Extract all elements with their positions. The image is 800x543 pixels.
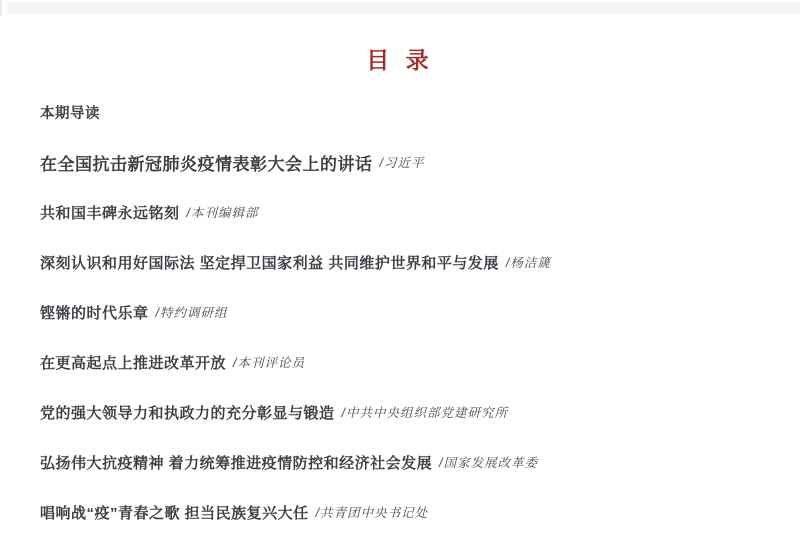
toc-item[interactable]: 在更高起点上推进改革开放 /本刊评论员 <box>40 337 770 387</box>
toc-item-title[interactable]: 在全国抗击新冠肺炎疫情表彰大会上的讲话 <box>40 150 373 175</box>
toc-list: 本期导读 在全国抗击新冠肺炎疫情表彰大会上的讲话 /习近平 共和国丰碑永远铭刻 … <box>0 87 800 537</box>
toc-item-author: /习近平 <box>380 153 425 171</box>
toc-item[interactable]: 共和国丰碑永远铭刻 /本刊编辑部 <box>40 187 770 237</box>
toc-item[interactable]: 深刻认识和用好国际法 坚定捍卫国家利益 共同维护世界和平与发展 /杨洁篪 <box>40 237 770 287</box>
toc-item[interactable]: 在全国抗击新冠肺炎疫情表彰大会上的讲话 /习近平 <box>40 137 770 187</box>
toc-item-title[interactable]: 唱响战“疫”青春之歌 担当民族复兴大任 <box>40 502 309 523</box>
toc-item[interactable]: 党的强大领导力和执政力的充分彰显与锻造 /中共中央组织部党建研究所 <box>40 387 770 437</box>
toc-item[interactable]: 弘扬伟大抗疫精神 着力统筹推进疫情防控和经济社会发展 /国家发展改革委 <box>40 437 770 487</box>
toc-item[interactable]: 唱响战“疫”青春之歌 担当民族复兴大任 /共青团中央书记处 <box>40 487 770 537</box>
toc-item-author: /特约调研组 <box>156 303 228 321</box>
toc-item-title[interactable]: 党的强大领导力和执政力的充分彰显与锻造 <box>40 402 335 423</box>
toc-page: 目 录 本期导读 在全国抗击新冠肺炎疫情表彰大会上的讲话 /习近平 共和国丰碑永… <box>0 0 800 543</box>
toc-item-title[interactable]: 共和国丰碑永远铭刻 <box>40 202 180 223</box>
toc-item[interactable]: 铿锵的时代乐章 /特约调研组 <box>40 287 770 337</box>
toc-item-author: /本刊评论员 <box>233 353 305 371</box>
toc-item-author: /共青团中央书记处 <box>316 503 428 521</box>
toc-item-author: /国家发展改革委 <box>439 453 538 471</box>
toc-item-author: /杨洁篪 <box>506 253 551 271</box>
top-edge-decoration <box>0 0 2 16</box>
toc-item-author: /本刊编辑部 <box>187 203 259 221</box>
page-title: 目 录 <box>0 42 800 75</box>
toc-item-title[interactable]: 深刻认识和用好国际法 坚定捍卫国家利益 共同维护世界和平与发展 <box>40 252 499 273</box>
toc-item-title[interactable]: 弘扬伟大抗疫精神 着力统筹推进疫情防控和经济社会发展 <box>40 452 432 473</box>
toc-item-title[interactable]: 在更高起点上推进改革开放 <box>40 352 226 373</box>
toc-item-title[interactable]: 铿锵的时代乐章 <box>40 302 149 323</box>
toc-item-author: /中共中央组织部党建研究所 <box>342 403 508 421</box>
top-strip <box>7 2 800 14</box>
toc-item-title[interactable]: 本期导读 <box>40 102 100 123</box>
toc-item[interactable]: 本期导读 <box>40 87 770 137</box>
